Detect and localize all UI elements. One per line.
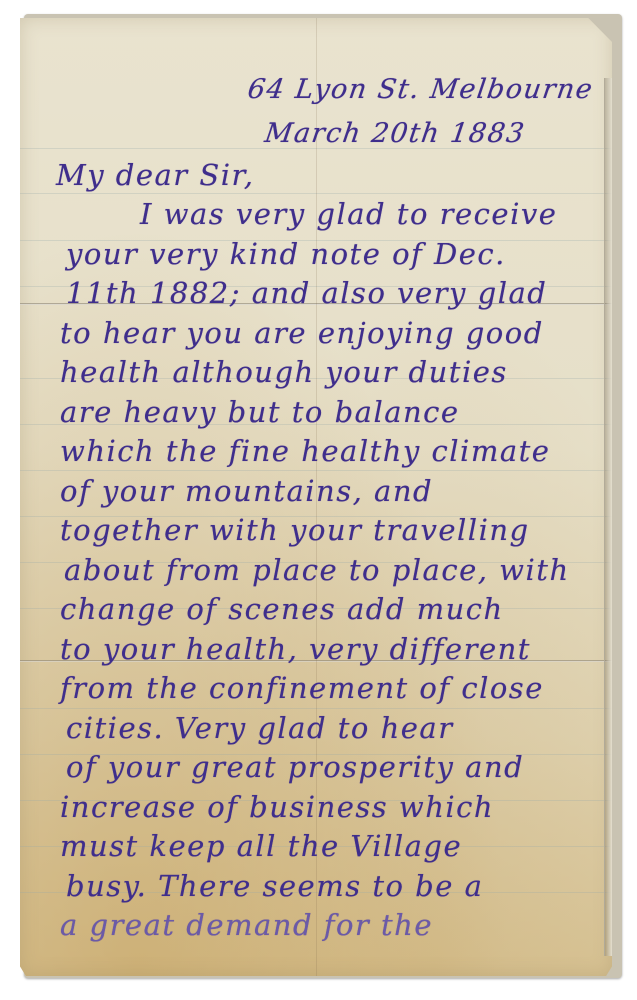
- date-line: March 20th 1883: [263, 118, 527, 149]
- body-line: of your mountains, and: [60, 474, 433, 508]
- body-line: a great demand for the: [60, 908, 433, 942]
- body-line: change of scenes add much: [60, 592, 504, 626]
- body-line: which the fine healthy climate: [60, 434, 550, 468]
- body-line: I was very glad to receive: [140, 197, 557, 231]
- body-line: your very kind note of Dec.: [66, 237, 506, 271]
- body-line: are heavy but to balance: [60, 395, 460, 429]
- address-line: 64 Lyon St. Melbourne: [246, 74, 596, 105]
- salutation: My dear Sir,: [56, 158, 254, 192]
- body-line: from the confinement of close: [60, 671, 544, 705]
- body-line: to your health, very different: [60, 632, 531, 666]
- body-line: health although your duties: [60, 355, 508, 389]
- body-line: about from place to place, with: [64, 553, 570, 587]
- body-line: increase of business which: [60, 790, 494, 824]
- letter-page: 64 Lyon St. Melbourne March 20th 1883 My…: [20, 18, 612, 976]
- body-line: to hear you are enjoying good: [60, 316, 544, 350]
- body-line: must keep all the Village: [60, 829, 462, 863]
- body-line: cities. Very glad to hear: [66, 711, 454, 745]
- body-line: of your great prosperity and: [66, 750, 524, 784]
- page-edge: [604, 78, 612, 956]
- body-line: busy. There seems to be a: [66, 869, 483, 903]
- body-line: together with your travelling: [60, 513, 530, 547]
- body-line: 11th 1882; and also very glad: [66, 276, 547, 310]
